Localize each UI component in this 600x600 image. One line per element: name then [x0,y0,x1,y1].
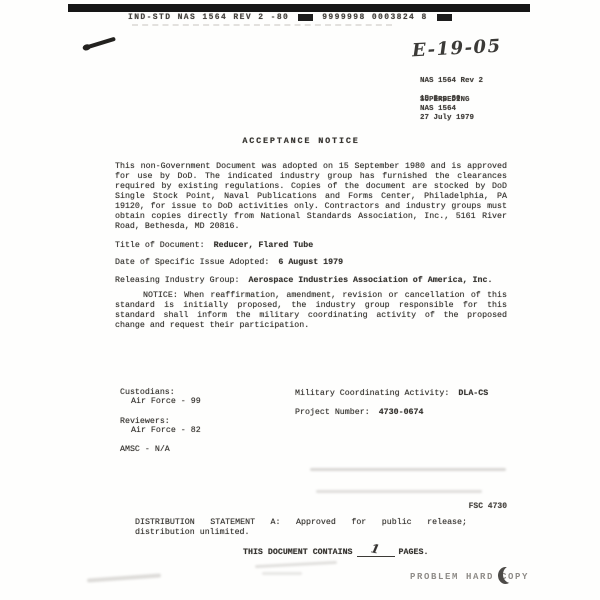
field-value: Reducer, Flared Tube [214,241,314,250]
scan-streak-artifact [310,468,506,471]
field-label: Title of Document: [115,241,205,250]
handwritten-arrow-mark [86,37,116,50]
scan-header-bar [68,4,530,12]
notice-paragraph: NOTICE: When reaffirmation, amendment, r… [115,291,507,331]
pages-line-suffix: PAGES. [399,548,429,557]
field-value: 6 August 1979 [278,258,343,267]
scanned-document-page: IND-STD NAS 1564 REV 2 -80 9999998 00038… [0,0,600,600]
fsc-code: FSC 4730 [417,502,507,511]
scan-smudge-artifact [255,561,337,568]
superseded-date: 27 July 1979 [420,114,474,123]
amsc-line: AMSC - N/A [120,445,201,454]
superseded-number: NAS 1564 [420,105,474,114]
project-row: Project Number:4730-0674 [295,408,488,417]
handwritten-file-id: E-19-05 [412,36,503,62]
field-releasing-group: Releasing Industry Group:Aerospace Indus… [115,276,492,285]
custodians-block: Custodians: Air Force - 99 Reviewers: Ai… [120,388,201,454]
header-block-mark [298,14,313,21]
custodians-label: Custodians: [120,388,201,397]
adoption-paragraph: This non-Government Document was adopted… [115,162,507,232]
scan-streak-artifact [316,490,482,493]
coordinating-row: Military Coordinating Activity:DLA-CS [295,389,488,398]
project-value: 4730-0674 [379,408,424,417]
pages-line-prefix: THIS DOCUMENT CONTAINS [243,548,353,557]
handwritten-pages-count: 1 [369,541,380,556]
field-value: Aerospace Industries Association of Amer… [248,276,492,285]
reviewers-label: Reviewers: [120,417,201,426]
scan-smudge-artifact [87,573,161,582]
distribution-statement: DISTRIBUTION STATEMENT A: Approved for p… [135,518,467,538]
crescent-mark-icon [503,566,518,583]
pages-count-blank: 1 [357,546,395,557]
superseding-block: SUPERSEDING NAS 1564 27 July 1979 [420,96,474,123]
field-date-adopted: Date of Specific Issue Adopted:6 August … [115,258,343,267]
pages-count-line: THIS DOCUMENT CONTAINS1PAGES. [243,546,428,557]
field-label: Releasing Industry Group: [115,276,239,285]
scan-smudge-artifact [262,572,302,575]
scan-header-line: IND-STD NAS 1564 REV 2 -80 9999998 00038… [128,13,452,22]
superseding-label: SUPERSEDING [420,96,474,105]
custodian-item: Air Force - 99 [131,397,201,406]
project-label: Project Number: [295,408,370,417]
doc-number: NAS 1564 Rev 2 [420,77,483,86]
coordinating-label: Military Coordinating Activity: [295,389,449,398]
scan-catalog-text: IND-STD NAS 1564 REV 2 -80 [128,13,289,22]
page-title: ACCEPTANCE NOTICE [115,136,487,146]
reviewer-item: Air Force - 82 [131,426,201,435]
scan-artifact-dashes [132,24,392,26]
scan-code-text: 9999998 0003824 8 [322,13,427,22]
coordinating-block: Military Coordinating Activity:DLA-CS Pr… [295,389,488,417]
field-label: Date of Specific Issue Adopted: [115,258,269,267]
coordinating-value: DLA-CS [458,389,488,398]
header-block-mark [437,14,452,21]
field-title-of-document: Title of Document:Reducer, Flared Tube [115,241,313,250]
